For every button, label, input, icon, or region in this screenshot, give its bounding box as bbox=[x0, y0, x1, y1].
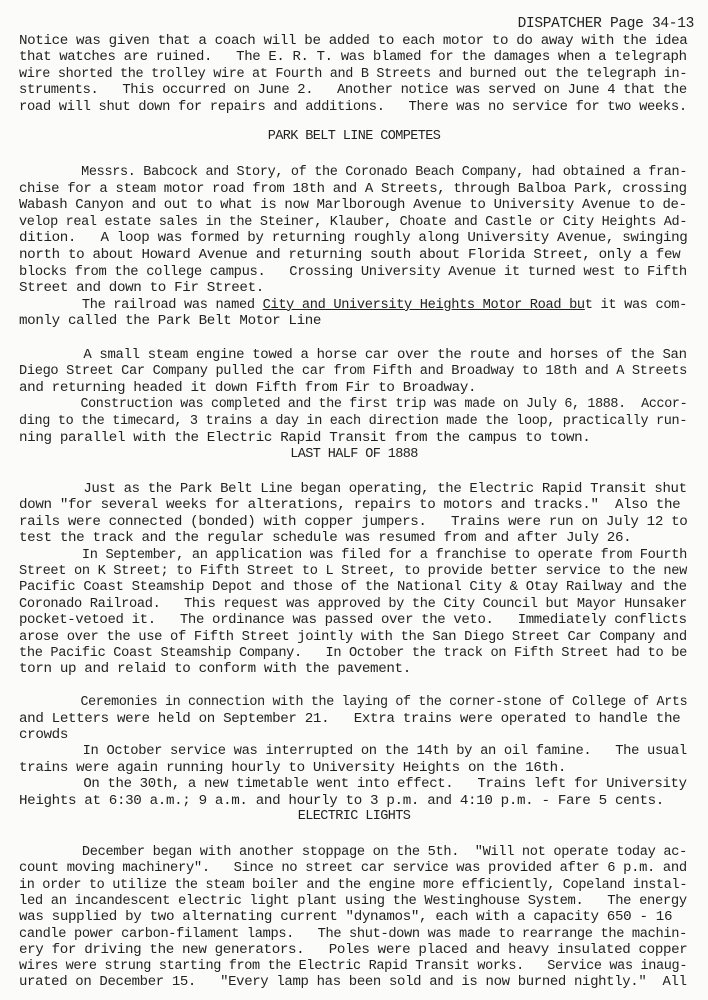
text-line: urated on December 15. "Every lamp has b… bbox=[19, 974, 687, 990]
text-line: wires were strung starting from the Elec… bbox=[19, 958, 687, 974]
text-line: Messrs. Babcock and Story, of the Corona… bbox=[19, 164, 687, 180]
text-line: blocks from the college campus. Crossing… bbox=[19, 264, 687, 280]
text-line: north to about Howard Avenue and returni… bbox=[19, 247, 680, 263]
text-line: the Pacific Coast Steamship Company. In … bbox=[19, 645, 687, 661]
document-page: DISPATCHER Page 34-13 Notice was given t… bbox=[0, 0, 708, 1000]
text-line: A small steam engine towed a horse car o… bbox=[19, 347, 687, 363]
text-line: chise for a steam motor road from 18th a… bbox=[19, 181, 687, 197]
text-line: torn up and relaid to conform with the p… bbox=[19, 661, 411, 677]
section-heading-electric-lights: ELECTRIC LIGHTS bbox=[0, 809, 708, 824]
text-line: The railroad was named City and Universi… bbox=[19, 297, 687, 313]
text-line: In September, an application was filed f… bbox=[19, 547, 687, 563]
text-line: Just as the Park Belt Line began operati… bbox=[19, 481, 687, 497]
text-line: and returning headed it down Fifth from … bbox=[19, 380, 476, 396]
text-line: struments. This occurred on June 2. Anot… bbox=[19, 82, 687, 98]
text-line: pocket-vetoed it. The ordinance was pass… bbox=[19, 612, 687, 628]
text-line: On the 30th, a new timetable went into e… bbox=[19, 776, 687, 792]
text-line: Ceremonies in connection with the laying… bbox=[19, 694, 687, 710]
text-line: velop real estate sales in the Steiner, … bbox=[19, 214, 687, 230]
text-line: rails were connected (bonded) with coppe… bbox=[19, 514, 687, 530]
text-line: in order to utilize the steam boiler and… bbox=[19, 877, 687, 893]
text-line: led an incandescent electric light plant… bbox=[19, 893, 687, 909]
text-line: down "for several weeks for alterations,… bbox=[19, 497, 680, 513]
text-line: In October service was interrupted on th… bbox=[19, 743, 687, 759]
section-heading-park-belt: PARK BELT LINE COMPETES bbox=[0, 129, 708, 144]
text-line: Street and down to Fir Street. bbox=[19, 280, 264, 296]
text-line: Street on K Street; to Fifth Street to L… bbox=[19, 563, 687, 579]
text-line: that watches are ruined. The E. R. T. wa… bbox=[19, 49, 687, 65]
text-line: road will shut down for repairs and addi… bbox=[19, 99, 687, 115]
text-line: ning parallel with the Electric Rapid Tr… bbox=[19, 430, 590, 446]
text-line: trains were again running hourly to Univ… bbox=[19, 760, 566, 776]
text-line: Heights at 6:30 a.m.; 9 a.m. and hourly … bbox=[19, 793, 664, 809]
running-header: DISPATCHER Page 34-13 bbox=[518, 16, 694, 32]
text-line: Construction was completed and the first… bbox=[19, 396, 687, 412]
text-line: was supplied by two alternating current … bbox=[19, 909, 672, 925]
text-line: ding to the timecard, 3 trains a day in … bbox=[19, 413, 687, 429]
text-line: ery for driving the new generators. Pole… bbox=[19, 942, 687, 958]
text-line: candle power carbon-filament lamps. The … bbox=[19, 926, 687, 942]
text-line: wire shorted the trolley wire at Fourth … bbox=[19, 66, 687, 82]
text-line: Wabash Canyon and out to what is now Mar… bbox=[19, 197, 687, 213]
text-line: crowds bbox=[19, 727, 68, 743]
text-line: arose over the use of Fifth Street joint… bbox=[19, 629, 687, 645]
underlined-railroad-name: City and University Heights Motor Road b… bbox=[263, 297, 585, 313]
text-line: Notice was given that a coach will be ad… bbox=[19, 33, 687, 49]
text-line: Coronado Railroad. This request was appr… bbox=[19, 596, 687, 612]
text-line: and Letters were held on September 21. E… bbox=[19, 711, 680, 727]
text-line: count moving machinery". Since no street… bbox=[19, 860, 687, 876]
text-line: December began with another stoppage on … bbox=[19, 844, 687, 860]
text-line: Pacific Coast Steamship Depot and those … bbox=[19, 579, 687, 595]
section-heading-last-half: LAST HALF OF 1888 bbox=[0, 447, 708, 462]
text-line: monly called the Park Belt Motor Line bbox=[19, 313, 321, 329]
text-line: test the track and the regular schedule … bbox=[19, 530, 631, 546]
text-line: Diego Street Car Company pulled the car … bbox=[19, 363, 687, 379]
text-line: dition. A loop was formed by returning r… bbox=[19, 230, 687, 246]
